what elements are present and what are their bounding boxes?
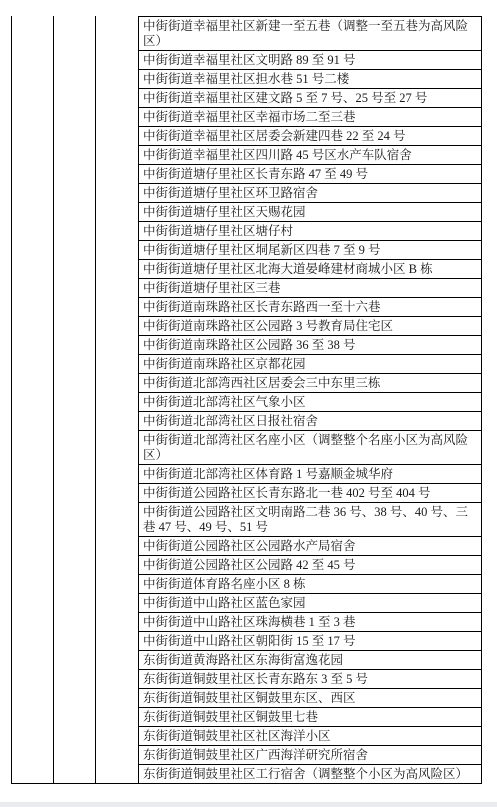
table-row: 中街街道南珠路社区公园路 36 至 38 号 [139, 336, 481, 355]
area-list-column: 中街街道幸福里社区新建一至五巷（调整一至五巷为高风险区）中街街道幸福里社区文明路… [139, 16, 481, 783]
table-row: 东街街道铜鼓里社区广西海洋研究所宿舍 [139, 746, 481, 765]
table-row: 东街街道黄海路社区东海街富逸花园 [139, 651, 481, 670]
table-row: 中街街道塘仔里社区垌尾新区四巷 7 至 9 号 [139, 241, 481, 260]
table-row: 中街街道南珠路社区公园路 3 号教育局住宅区 [139, 317, 481, 336]
table-row: 中街街道塘仔里社区长青东路 47 至 49 号 [139, 165, 481, 184]
table-row: 中街街道公园路社区长青东路北一巷 402 号至 404 号 [139, 484, 481, 503]
table-row: 中街街道中山路社区蓝色家园 [139, 594, 481, 613]
table-row: 东街街道铜鼓里社区铜鼓里七巷 [139, 708, 481, 727]
table-row: 中街街道塘仔里社区塘仔村 [139, 222, 481, 241]
table-row: 中街街道南珠路社区长青东路西一至十六巷 [139, 298, 481, 317]
risk-area-table: 中街街道幸福里社区新建一至五巷（调整一至五巷为高风险区）中街街道幸福里社区文明路… [11, 16, 482, 784]
table-row: 中街街道塘仔里社区环卫路宿舍 [139, 184, 481, 203]
table-row: 中街街道中山路社区珠海横巷 1 至 3 巷 [139, 613, 481, 632]
table-row: 中街街道幸福里社区建文路 5 至 7 号、25 号至 27 号 [139, 89, 481, 108]
table-row: 中街街道北部湾社区气象小区 [139, 393, 481, 412]
table-row: 东街街道铜鼓里社区社区海洋小区 [139, 727, 481, 746]
table-row: 中街街道塘仔里社区三巷 [139, 279, 481, 298]
table-row: 中街街道幸福里社区居委会新建四巷 22 至 24 号 [139, 127, 481, 146]
table-row: 中街街道幸福里社区幸福市场二至三巷 [139, 108, 481, 127]
table-row: 中街街道塘仔里社区北海大道晏峰建材商城小区 B 栋 [139, 260, 481, 279]
table-row: 中街街道中山路社区朝阳街 15 至 17 号 [139, 632, 481, 651]
table-row: 中街街道北部湾社区日报社宿舍 [139, 412, 481, 431]
table-row: 中街街道幸福里社区担水巷 51 号二楼 [139, 70, 481, 89]
table-row: 中街街道北部湾社区体育路 1 号嘉顺金城华府 [139, 465, 481, 484]
table-row: 中街街道塘仔里社区天赐花园 [139, 203, 481, 222]
empty-merged-cell-1 [12, 16, 54, 783]
table-row: 中街街道公园路社区公园路水产局宿舍 [139, 537, 481, 556]
table-row: 中街街道北部湾社区名座小区（调整整个名座小区为高风险区） [139, 431, 481, 465]
table-row: 中街街道公园路社区公园路 42 至 45 号 [139, 556, 481, 575]
table-row: 中街街道公园路社区文明南路二巷 36 号、38 号、40 号、三巷 47 号、4… [139, 503, 481, 537]
table-row: 中街街道幸福里社区文明路 89 至 91 号 [139, 51, 481, 70]
page-bottom-strip [0, 802, 497, 807]
table-row: 中街街道南珠路社区京都花园 [139, 355, 481, 374]
table-row: 东街街道铜鼓里社区长青东路东 3 至 5 号 [139, 670, 481, 689]
table-row: 中街街道体育路名座小区 8 栋 [139, 575, 481, 594]
table-row: 东街街道铜鼓里社区铜鼓里东区、西区 [139, 689, 481, 708]
empty-merged-cell-2 [54, 16, 96, 783]
table-row: 中街街道北部湾西社区居委会三中东里三栋 [139, 374, 481, 393]
table-row: 中街街道幸福里社区四川路 45 号区水产车队宿舍 [139, 146, 481, 165]
empty-merged-cell-3 [96, 16, 139, 783]
table-row: 东街街道铜鼓里社区工行宿舍（调整整个小区为高风险区） [139, 765, 481, 783]
table-row: 中街街道幸福里社区新建一至五巷（调整一至五巷为高风险区） [139, 17, 481, 51]
